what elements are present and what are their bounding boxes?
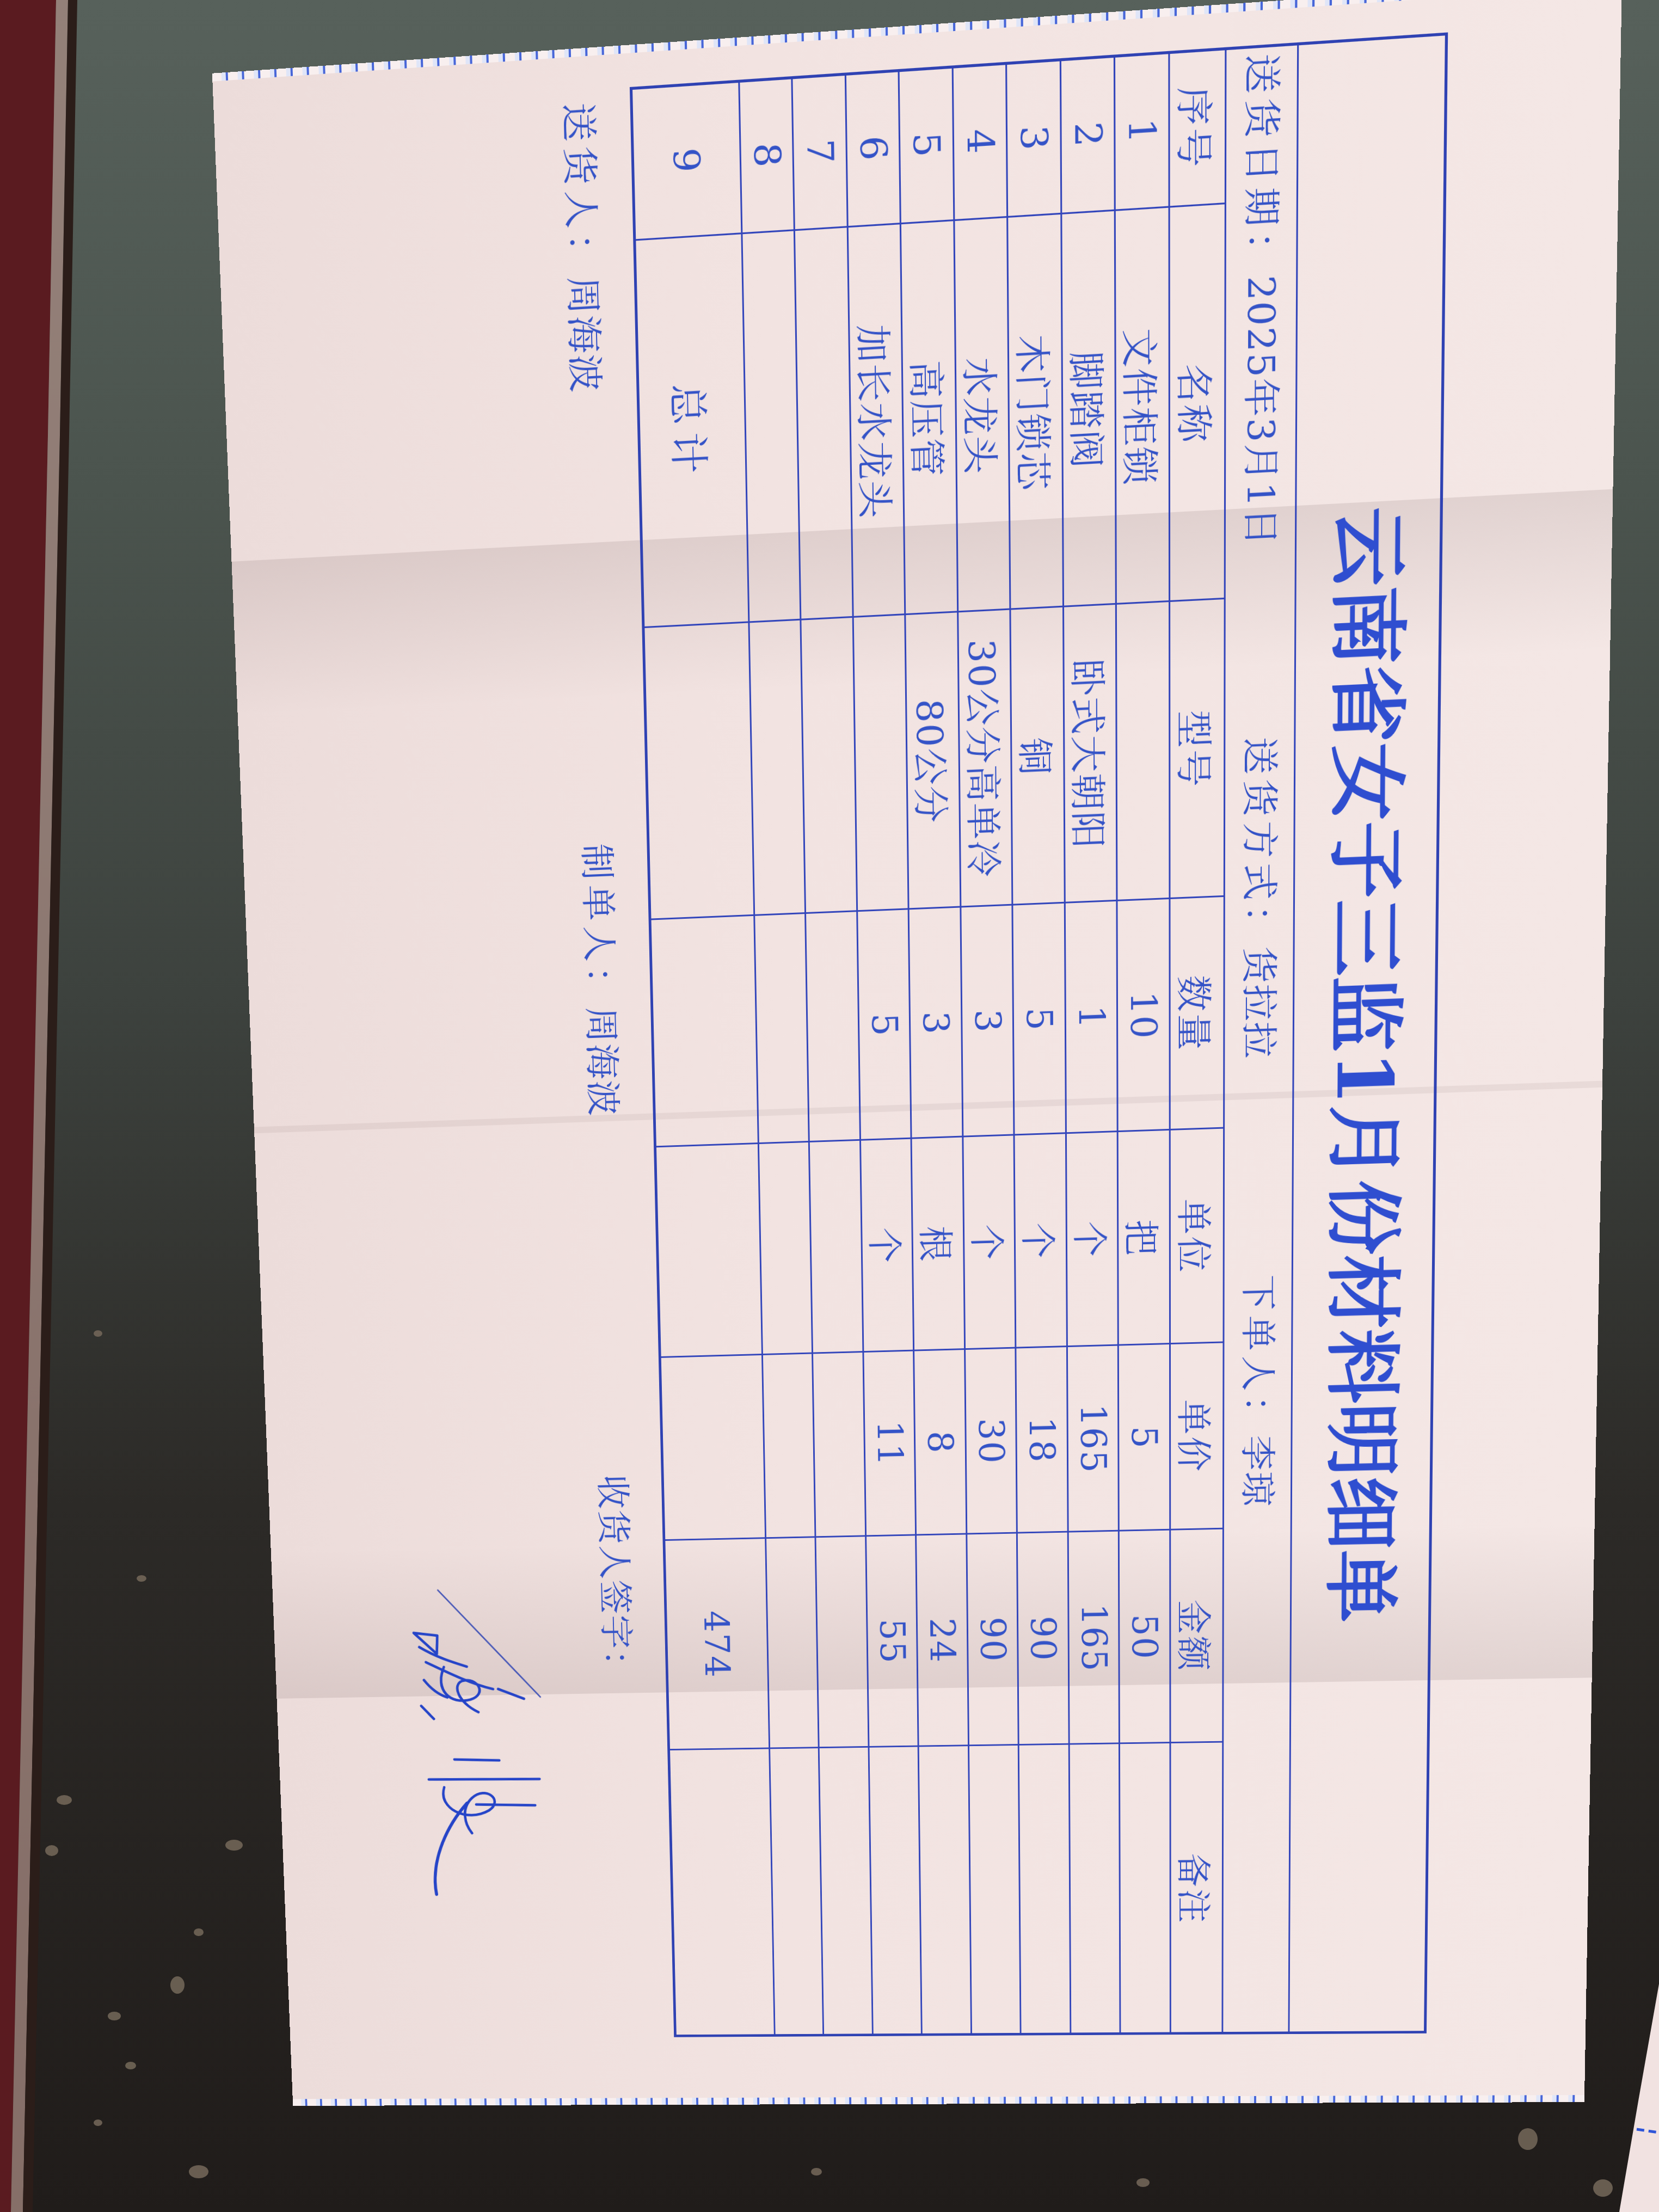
row-7-price (812, 1353, 865, 1538)
row-7-amount (815, 1537, 868, 1748)
row-4-qty: 3 (960, 906, 1013, 1138)
row-3-name: 木门锁芯 (1007, 214, 1062, 610)
row-1-unit: 把 (1117, 1130, 1169, 1346)
header-unit: 单位 (1169, 1129, 1223, 1344)
row-8-qty (753, 914, 808, 1144)
row-5-unit: 根 (911, 1138, 964, 1351)
row-1-no: 1 (1114, 53, 1168, 211)
row-3-amount: 90 (1016, 1533, 1068, 1746)
orderer-value: 李琼 (1237, 1435, 1279, 1508)
total-model-cell (643, 623, 753, 920)
row-6-name: 加长水龙头 (847, 224, 905, 618)
row-3-no: 3 (1006, 60, 1061, 218)
header-name: 名称 (1169, 204, 1225, 602)
row-2-qty: 1 (1064, 901, 1117, 1134)
row-2-unit: 个 (1065, 1132, 1117, 1347)
row-8-remark (769, 1748, 823, 2035)
row-3-remark (1018, 1745, 1070, 2034)
row-1-model (1115, 602, 1169, 901)
total-amount: 474 (664, 1539, 769, 1750)
total-price-cell (660, 1355, 765, 1541)
row-5-no: 5 (898, 67, 953, 225)
row-6-no: 6 (845, 71, 900, 228)
header-price: 单价 (1169, 1343, 1222, 1530)
row-8-model (748, 620, 804, 916)
delivery-date-value: 2025年3月1日 (1239, 274, 1283, 548)
header-amount: 金额 (1169, 1529, 1222, 1743)
row-5-price: 8 (913, 1350, 966, 1535)
orderer-label: 下单人： (1237, 1274, 1279, 1436)
orderer: 下单人：李琼 (1224, 1274, 1292, 1508)
row-4-unit: 个 (962, 1135, 1015, 1350)
row-7-model (800, 618, 856, 914)
row-1-qty: 10 (1116, 899, 1169, 1132)
row-2-amount: 165 (1067, 1532, 1119, 1745)
delivery-note-paper: 云南省女子三监1月份材料明细单 送货日期：2025年3月1日 送货方式：货拉拉 … (212, 0, 1622, 2106)
row-2-price: 165 (1066, 1346, 1118, 1533)
row-1-name: 文件柜锁 (1114, 208, 1169, 605)
delivery-method-label: 送货方式： (1238, 736, 1281, 947)
row-7-qty (805, 912, 859, 1142)
info-row: 送货日期：2025年3月1日 送货方式：货拉拉 下单人：李琼 (1221, 44, 1297, 2033)
row-6-remark (868, 1747, 921, 2035)
row-5-model: 80公分 (905, 612, 960, 910)
row-4-model: 30公分高单冷 (957, 610, 1012, 908)
row-5-remark (918, 1746, 970, 2035)
receiver-signature-label: 收货人签字： (592, 1474, 637, 1685)
row-8-unit (758, 1142, 812, 1355)
row-5-amount: 24 (915, 1534, 968, 1747)
row-7-no: 7 (791, 75, 847, 231)
receiver-signature-field: 收货人签字： (591, 1474, 638, 1685)
row-4-price: 30 (964, 1349, 1016, 1535)
handwritten-signature (398, 1583, 561, 1909)
row-8-amount (765, 1538, 818, 1749)
delivery-method-value: 货拉拉 (1238, 946, 1281, 1060)
materials-table: 云南省女子三监1月份材料明细单 送货日期：2025年3月1日 送货方式：货拉拉 … (631, 34, 1446, 2036)
row-1-price: 5 (1117, 1344, 1169, 1532)
row-4-name: 水龙头 (953, 218, 1010, 612)
row-8-name (741, 231, 800, 623)
header-qty: 数量 (1169, 897, 1223, 1130)
row-4-amount: 90 (966, 1534, 1018, 1747)
row-1-amount: 50 (1118, 1531, 1169, 1744)
row-5-name: 高压管 (900, 221, 957, 615)
document-title: 云南省女子三监1月份材料明细单 (1288, 34, 1447, 2032)
delivery-date: 送货日期：2025年3月1日 (1226, 51, 1297, 548)
delivery-date-label: 送货日期： (1239, 52, 1284, 276)
preparer-label: 制单人： (576, 843, 621, 1007)
photo-scene: 云南省女子三监1月份材料明细单 送货日期：2025年3月1日 送货方式：货拉拉 … (0, 0, 1659, 2212)
deliverer: 送货人：周海波 (556, 101, 607, 394)
row-3-model: 铜 (1010, 607, 1064, 906)
preparer-value: 周海波 (580, 1006, 624, 1117)
row-6-amount: 55 (865, 1535, 918, 1747)
row-2-name: 脚踏阀 (1060, 211, 1115, 607)
header-model: 型号 (1169, 599, 1224, 899)
row-6-price: 11 (862, 1351, 915, 1537)
row-3-price: 18 (1015, 1347, 1067, 1533)
row-4-no: 4 (952, 64, 1007, 221)
row-1-remark (1119, 1743, 1169, 2033)
total-remark-cell (669, 1749, 774, 2036)
deliverer-value: 周海波 (561, 275, 606, 394)
second-paper-sheet (1619, 1984, 1659, 2212)
total-qty-cell (650, 916, 758, 1147)
row-3-qty: 5 (1012, 904, 1065, 1136)
row-2-model: 卧式大朝阳 (1062, 605, 1116, 904)
row-4-remark (968, 1746, 1020, 2034)
deliverer-label: 送货人： (557, 101, 603, 278)
row-5-qty: 3 (908, 908, 962, 1139)
row-7-name (794, 228, 852, 620)
row-6-qty: 5 (856, 910, 911, 1140)
preparer: 制单人：周海波 (575, 843, 624, 1117)
items-grid: 序号 名称 型号 数量 单位 单价 金额 备注 1 文件柜锁 10 把 5 50… (631, 49, 1225, 2036)
total-label: 总计 (635, 234, 748, 628)
row-2-remark (1068, 1744, 1120, 2033)
row-8-price (761, 1354, 815, 1539)
row-8-no: 8 (738, 78, 794, 234)
row-7-remark (818, 1748, 872, 2035)
row-6-model (852, 615, 908, 912)
total-row-no: 9 (631, 82, 741, 241)
header-remark: 备注 (1170, 1743, 1222, 2033)
row-7-unit (808, 1141, 862, 1354)
row-2-no: 2 (1060, 57, 1114, 214)
header-no: 序号 (1168, 49, 1225, 208)
row-3-unit: 个 (1013, 1134, 1066, 1348)
delivery-method: 送货方式：货拉拉 (1225, 735, 1294, 1060)
total-unit-cell (655, 1144, 761, 1358)
row-6-unit: 个 (859, 1139, 913, 1353)
